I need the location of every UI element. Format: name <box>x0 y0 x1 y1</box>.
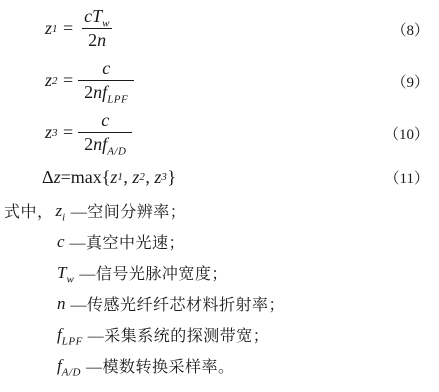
fraction-denominator: 2nfLPF <box>78 80 134 103</box>
equation-number: （10） <box>384 123 429 144</box>
closing-brace: } <box>167 167 176 188</box>
denominator-subscript: LPF <box>107 94 128 106</box>
definition-term: c <box>57 232 65 252</box>
definition-list: 式中，zi—空间分辨率； c—真空中光速； Tw—信号光脉冲宽度； n—传感光纤… <box>0 195 439 381</box>
equation-11-body: Δz=max{z1, z2, z3} <box>42 167 176 188</box>
equation-10-body: z3=c2nfA/D <box>45 111 132 154</box>
denominator-coefficient: 2 <box>84 134 93 154</box>
definition-description: —模数转换采样率。 <box>86 354 235 377</box>
equation-10: z3=c2nfA/D （10） <box>0 107 439 159</box>
definition-term: zi <box>56 201 66 221</box>
definition-description: —采集系统的探测带宽； <box>88 323 270 346</box>
definition-term: Tw <box>57 263 74 283</box>
term-subscript: i <box>62 211 66 223</box>
delta-symbol: Δ <box>42 167 54 188</box>
definition-line-n: n—传感光纤纤芯材料折射率； <box>4 288 439 319</box>
fraction-numerator: cTw <box>78 7 116 28</box>
definition-term: fLPF <box>57 325 83 345</box>
equation-9-body: z2=c2nfLPF <box>45 59 134 102</box>
definition-description: —传感光纤纤芯材料折射率； <box>71 292 286 315</box>
equation-11: Δz=max{z1, z2, z3} （11） <box>0 159 439 195</box>
numerator-variable: c <box>101 110 109 130</box>
definition-line-fad: fA/D—模数转换采样率。 <box>4 350 439 381</box>
equals-sign: = <box>63 122 73 143</box>
fraction: cTw2n <box>78 7 116 50</box>
definition-description: —信号光脉冲宽度； <box>79 261 228 284</box>
denominator-variable: nf <box>93 82 107 102</box>
where-clause-intro: 式中， <box>4 199 54 222</box>
fraction-denominator: 2nfA/D <box>78 132 132 155</box>
fraction-numerator: c <box>96 59 116 80</box>
denominator-subscript: A/D <box>107 146 126 158</box>
denominator-variable: nf <box>93 134 107 154</box>
equation-lhs: z <box>45 122 52 143</box>
definition-term: n <box>57 294 66 314</box>
equation-9: z2=c2nfLPF （9） <box>0 55 439 107</box>
denominator-coefficient: 2 <box>84 82 93 102</box>
definition-line-tw: Tw—信号光脉冲宽度； <box>4 257 439 288</box>
definition-line-c: c—真空中光速； <box>4 226 439 257</box>
numerator-variable: c <box>102 58 110 78</box>
definition-line-flpf: fLPF—采集系统的探测带宽； <box>4 319 439 350</box>
equation-number: （9） <box>391 71 429 92</box>
equals-sign: = <box>63 18 73 39</box>
document-page: z1=cTw2n （8） z2=c2nfLPF （9） z3=c2nfA/D （… <box>0 0 439 381</box>
fraction-numerator: c <box>95 111 115 132</box>
definition-description: —真空中光速； <box>70 230 186 253</box>
denominator-variable: n <box>97 30 106 50</box>
equation-number: （11） <box>385 167 429 188</box>
definition-line-zi: 式中，zi—空间分辨率； <box>4 195 439 226</box>
equation-8-body: z1=cTw2n <box>45 7 116 50</box>
equation-lhs: z <box>45 70 52 91</box>
equation-lhs: z <box>54 167 61 188</box>
argument-z1: z <box>110 167 117 188</box>
denominator-coefficient: 2 <box>88 30 97 50</box>
fraction: c2nfLPF <box>78 59 134 102</box>
definition-term: fA/D <box>57 356 81 376</box>
equals-sign: = <box>63 70 73 91</box>
fraction: c2nfA/D <box>78 111 132 154</box>
term-subscript: w <box>66 273 74 285</box>
term-subscript: A/D <box>62 366 81 378</box>
equation-number: （8） <box>391 19 429 40</box>
equation-lhs: z <box>45 18 52 39</box>
max-operator: =max{ <box>61 167 111 188</box>
definition-description: —空间分辨率； <box>71 199 187 222</box>
term-subscript: LPF <box>62 335 83 347</box>
numerator-variable: cT <box>84 6 102 26</box>
fraction-denominator: 2n <box>82 28 112 51</box>
term-symbol: n <box>57 294 66 313</box>
equation-8: z1=cTw2n （8） <box>0 3 439 55</box>
term-symbol: c <box>57 232 65 251</box>
argument-z2: z <box>132 167 139 188</box>
